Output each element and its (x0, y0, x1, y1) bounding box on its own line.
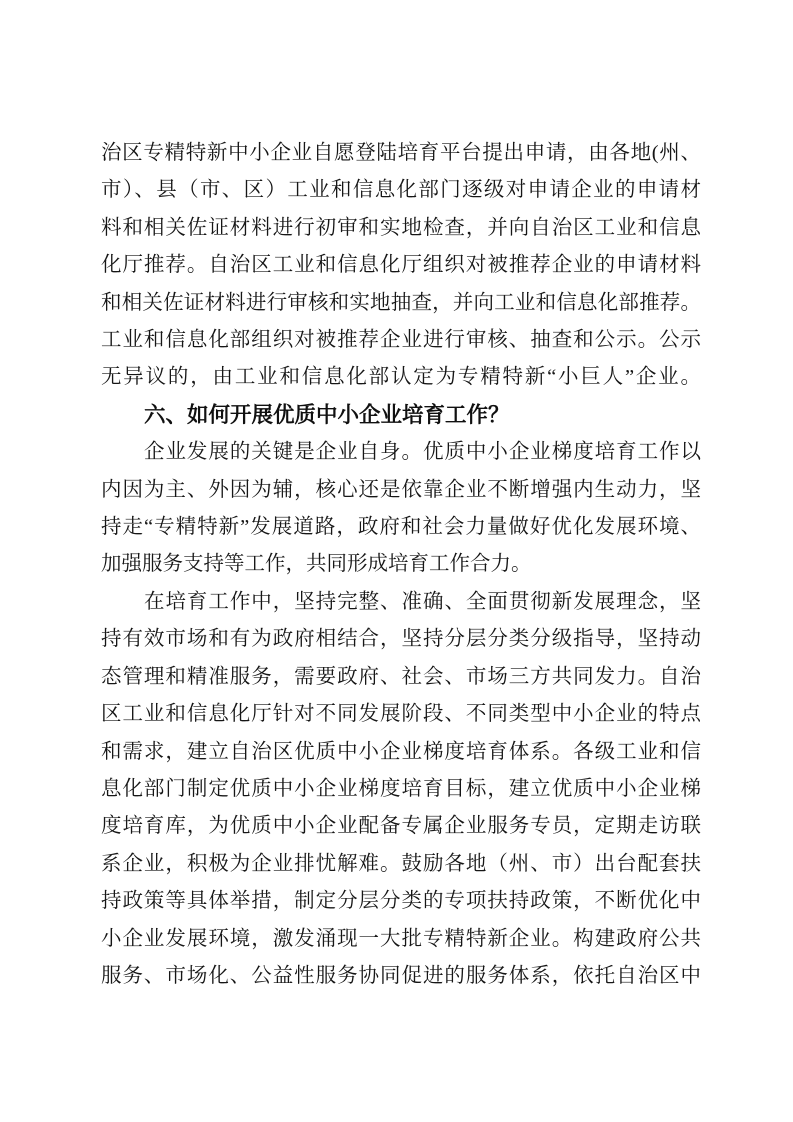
text-line: 料和相关佐证材料进行初审和实地检查，并向自治区工业和信息 (101, 210, 701, 247)
section-heading: 六、如何开展优质中小企业培育工作？ (101, 397, 701, 434)
text-line: 态管理和精准服务，需要政府、社会、市场三方共同发力。自治 (101, 659, 701, 696)
text-line: 和相关佐证材料进行审核和实地抽查，并向工业和信息化部推荐。 (101, 285, 701, 322)
text-line: 和需求，建立自治区优质中小企业梯度培育体系。各级工业和信 (101, 734, 701, 771)
text-line: 企业发展的关键是企业自身。优质中小企业梯度培育工作以 (101, 434, 701, 471)
text-line: 区工业和信息化厅针对不同发展阶段、不同类型中小企业的特点 (101, 696, 701, 733)
text-line: 服务、市场化、公益性服务协同促进的服务体系，依托自治区中 (101, 958, 701, 995)
paragraph-continuation: 治区专精特新中小企业自愿登陆培育平台提出申请，由各地(州、 市）、县（市、区）工… (101, 135, 701, 397)
text-line: 小企业发展环境，激发涌现一大批专精特新企业。构建政府公共 (101, 921, 701, 958)
text-line: 市）、县（市、区）工业和信息化部门逐级对申请企业的申请材 (101, 172, 701, 209)
text-line: 度培育库，为优质中小企业配备专属企业服务专员，定期走访联 (101, 808, 701, 845)
text-block: 治区专精特新中小企业自愿登陆培育平台提出申请，由各地(州、 市）、县（市、区）工… (101, 135, 701, 995)
text-line: 息化部门制定优质中小企业梯度培育目标，建立优质中小企业梯 (101, 771, 701, 808)
text-line: 持走“专精特新”发展道路，政府和社会力量做好优化发展环境、 (101, 509, 701, 546)
text-line: 在培育工作中，坚持完整、准确、全面贯彻新发展理念，坚 (101, 584, 701, 621)
text-line: 工业和信息化部组织对被推荐企业进行审核、抽查和公示。公示 (101, 322, 701, 359)
paragraph-3: 在培育工作中，坚持完整、准确、全面贯彻新发展理念，坚 持有效市场和有为政府相结合… (101, 584, 701, 995)
text-line: 化厅推荐。自治区工业和信息化厅组织对被推荐企业的申请材料 (101, 247, 701, 284)
text-line: 加强服务支持等工作，共同形成培育工作合力。 (101, 546, 701, 583)
text-line: 治区专精特新中小企业自愿登陆培育平台提出申请，由各地(州、 (101, 135, 701, 172)
text-line: 持有效市场和有为政府相结合，坚持分层分类分级指导，坚持动 (101, 621, 701, 658)
document-page: 治区专精特新中小企业自愿登陆培育平台提出申请，由各地(州、 市）、县（市、区）工… (0, 0, 793, 1122)
text-line: 持政策等具体举措，制定分层分类的专项扶持政策，不断优化中 (101, 883, 701, 920)
paragraph-2: 企业发展的关键是企业自身。优质中小企业梯度培育工作以 内因为主、外因为辅，核心还… (101, 434, 701, 584)
text-line: 无异议的，由工业和信息化部认定为专精特新“小巨人”企业。 (101, 359, 701, 396)
text-line: 内因为主、外因为辅，核心还是依靠企业不断增强内生动力，坚 (101, 472, 701, 509)
text-line: 系企业，积极为企业排忧解难。鼓励各地（州、市）出台配套扶 (101, 846, 701, 883)
